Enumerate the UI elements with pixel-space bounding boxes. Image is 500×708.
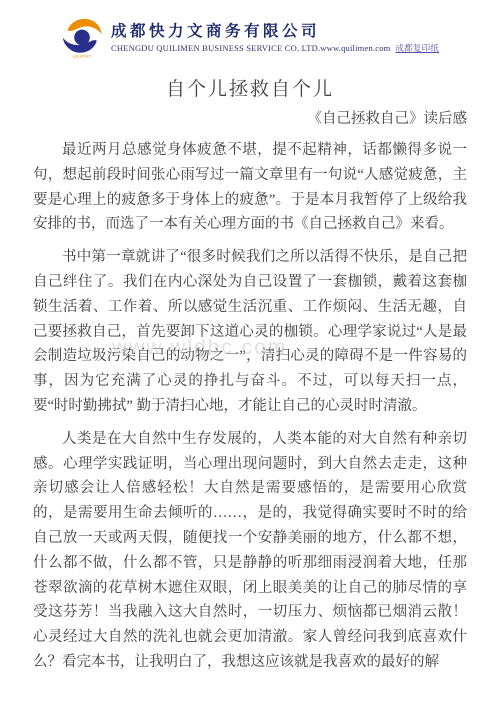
swirl-logo-icon [61, 16, 103, 56]
company-name-en: CHENGDU QUILIMEN BUSINESS SERVICE CO. LT… [111, 42, 439, 55]
document-title: 自个儿拯救自个儿 [33, 77, 467, 103]
paper-link[interactable]: 成都复印纸 [395, 43, 439, 53]
logo-caption: Quilimen [73, 55, 92, 59]
document-body: 最近两月总感觉身体疲惫不堪，提不起精神，话都懒得多说一句，想起前段时间张心雨写过… [33, 138, 467, 675]
letterhead-text: 成都快力文商务有限公司 CHENGDU QUILIMEN BUSINESS SE… [111, 16, 439, 55]
company-name-cn: 成都快力文商务有限公司 [111, 22, 439, 42]
body-paragraph: 书中第一章就讲了“很多时候我们之所以活得不快乐，是自己把自己绊住了。我们在内心深… [33, 245, 467, 419]
body-paragraph: 人类是在大自然中生存发展的，人类本能的对大自然有种亲切感。心理学实践证明，当心理… [33, 427, 467, 675]
document-page: www.wldbc.com Quilimen 成都快力文商务有限公司 CHENG… [0, 0, 500, 708]
body-paragraph: 最近两月总感觉身体疲惫不堪，提不起精神，话都懒得多说一句，想起前段时间张心雨写过… [33, 138, 467, 237]
document-subtitle: 《自己拯救自己》读后感 [33, 108, 467, 130]
letterhead: Quilimen 成都快力文商务有限公司 CHENGDU QUILIMEN BU… [33, 16, 467, 61]
company-name-en-text: CHENGDU QUILIMEN BUSINESS SERVICE CO. LT… [111, 43, 390, 53]
company-logo: Quilimen [61, 16, 103, 61]
